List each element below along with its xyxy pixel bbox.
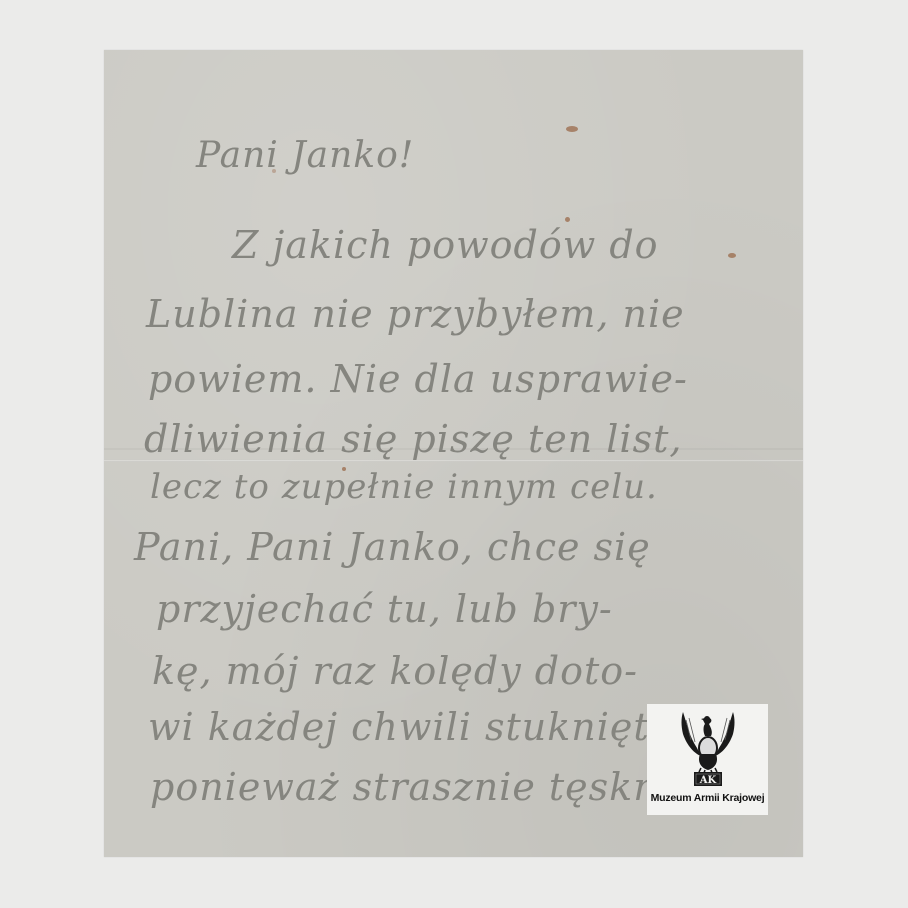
foxing-spot: [565, 217, 570, 222]
letter-line: wi każdej chwili stuknięty: [148, 708, 672, 746]
letter-line: przyjechać tu, lub bry-: [156, 590, 613, 628]
svg-text:AK: AK: [699, 775, 717, 786]
letter-line: Pani, Pani Janko, chce się: [134, 528, 651, 566]
letter-line: powiem. Nie dla usprawie-: [148, 360, 688, 398]
foxing-spot: [566, 126, 578, 132]
museum-watermark-logo: AK Muzeum Armii Krajowej: [647, 704, 768, 815]
salutation-line: Pani Janko!: [196, 138, 414, 174]
eagle-anchor-emblem-icon: AK: [677, 710, 739, 788]
foxing-spot: [728, 253, 736, 258]
letter-line: Lublina nie przybyłem, nie: [146, 295, 685, 333]
letter-line: ponieważ strasznie tęskni...: [150, 768, 711, 806]
letter-line: kę, mój raz kolędy doto-: [152, 652, 638, 690]
letter-line: Z jakich powodów do: [232, 226, 659, 264]
letter-line: dliwienia się piszę ten list,: [144, 420, 682, 458]
letter-line: lecz to zupełnie innym celu.: [150, 470, 658, 504]
museum-caption: Muzeum Armii Krajowej: [647, 792, 768, 804]
